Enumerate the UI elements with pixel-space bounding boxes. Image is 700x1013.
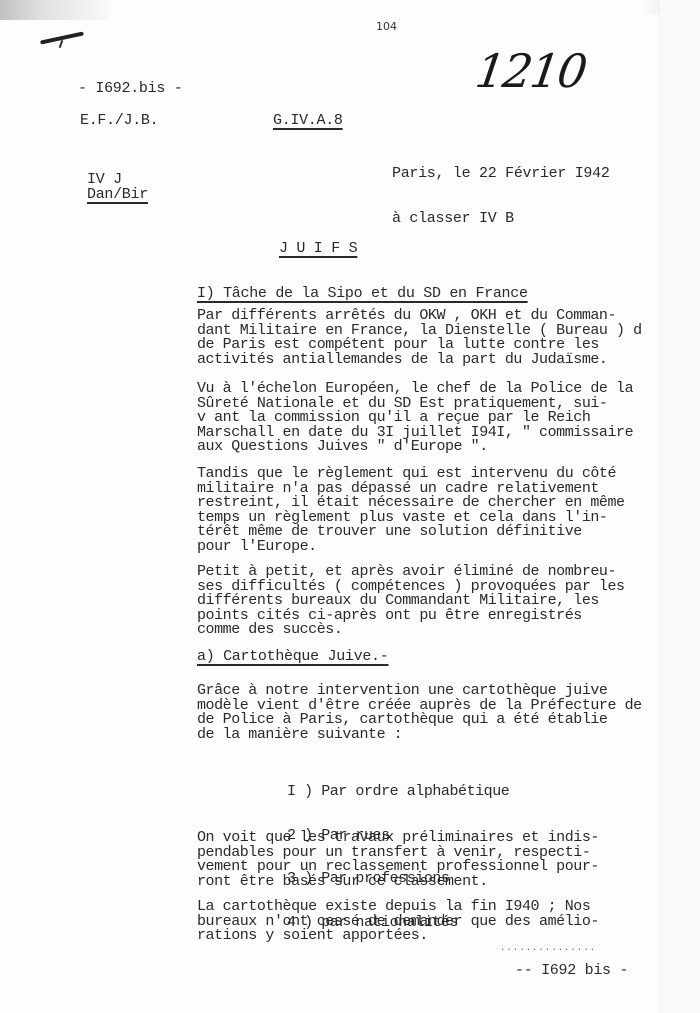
paragraph: Vu à l'échelon Européen, le chef de la P… [197,382,667,455]
initials: E.F./J.B. [80,112,158,129]
filing-note: à classer IV B [392,210,514,227]
paragraph: Par différents arrêtés du OKW , OKH et d… [197,309,667,367]
paragraph: Petit à petit, et après avoir éliminé de… [197,565,667,638]
document-page: 104 1210 - I692.bis - E.F./J.B. G.IV.A.8… [0,0,700,1013]
subsection-heading: a) Cartothèque Juive.- [197,648,388,665]
continuation-dots: ............... [500,943,596,953]
footer-reference: -- I692 bis - [515,962,628,979]
file-code: G.IV.A.8 [273,112,343,129]
paragraph: Grâce à notre intervention une cartothèq… [197,684,667,742]
office-sub-code: Dan/Bir [87,186,148,203]
document-title: J U I F S [279,240,357,257]
place-date: Paris, le 22 Février I942 [392,165,610,182]
list-item: I ) Par ordre alphabétique [287,785,509,800]
scan-smudge [0,0,110,20]
header-reference: - I692.bis - [78,80,182,97]
pen-stroke-mark [59,40,64,48]
handwritten-archive-number: 1210 [472,44,589,98]
paragraph: La cartothèque existe depuis la fin I940… [197,900,667,944]
paragraph: On voit que les travaux préliminaires et… [197,831,667,889]
paragraph: Tandis que le règlement qui est interven… [197,467,667,554]
section-heading: I) Tâche de la Sipo et du SD en France [197,285,528,302]
handwritten-archive-mark: 104 [376,20,397,33]
